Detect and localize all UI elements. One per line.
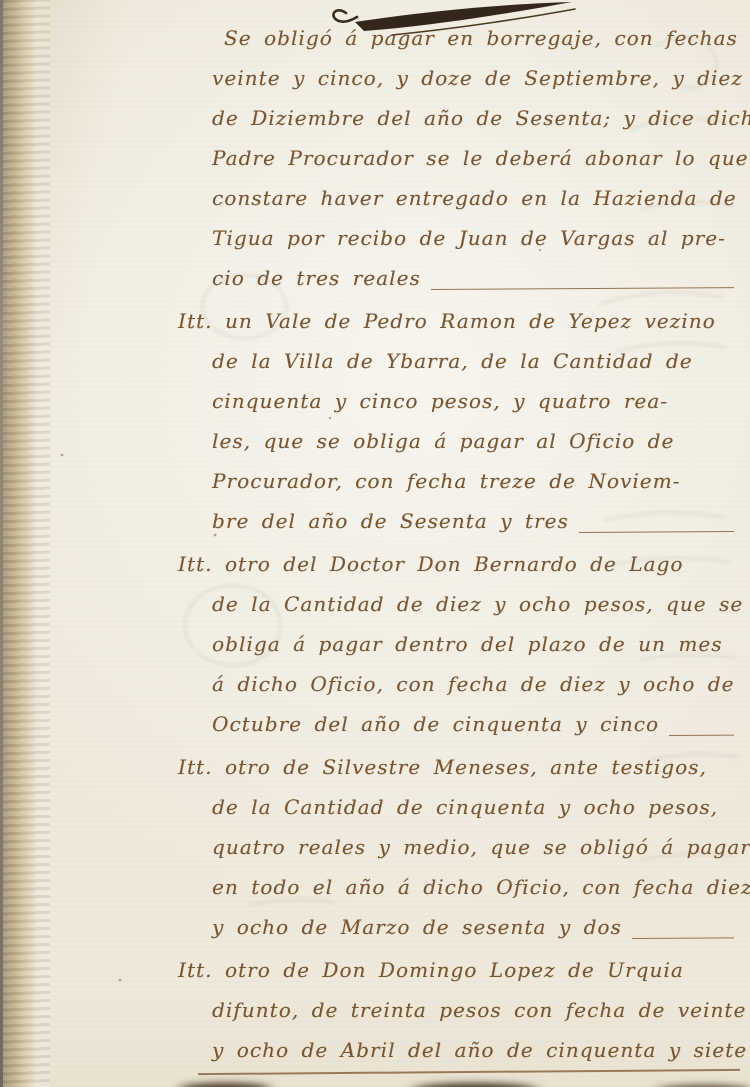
manuscript-line: de Diziembre del año de Sesenta; y dice … <box>212 98 738 138</box>
manuscript-line-text: de la Cantidad de diez y ocho pesos, que… <box>212 584 743 624</box>
manuscript-line: Se obligó á pagar en borregaje, con fech… <box>224 18 738 58</box>
manuscript-line-text: constare haver entregado en la Hazienda … <box>212 178 737 218</box>
manuscript-line-text: y ocho de Marzo de sesenta y dos <box>212 907 622 947</box>
manuscript-line-text: veinte y cinco, y doze de Septiembre, y … <box>212 58 743 98</box>
manuscript-line: Itt. otro de Don Domingo Lopez de Urquia <box>178 950 738 990</box>
manuscript-line: Padre Procurador se le deberá abonar lo … <box>212 138 738 178</box>
manuscript-line: cio de tres reales <box>212 258 738 298</box>
manuscript-paragraph: Itt. otro de Don Domingo Lopez de Urquia… <box>0 950 750 1070</box>
manuscript-line-text: quatro reales y medio, que se obligó á p… <box>212 827 750 867</box>
manuscript-line: Octubre del año de cinquenta y cinco <box>212 704 738 744</box>
manuscript-line: obliga á pagar dentro del plazo de un me… <box>212 624 738 664</box>
manuscript-line: á dicho Oficio, con fecha de diez y ocho… <box>212 664 738 704</box>
manuscript-line: Itt. otro de Silvestre Meneses, ante tes… <box>178 747 738 787</box>
manuscript-line-text: bre del año de Sesenta y tres <box>212 501 569 541</box>
manuscript-line-text: obliga á pagar dentro del plazo de un me… <box>212 624 723 664</box>
manuscript-line-text: Itt. otro de Don Domingo Lopez de Urquia <box>178 950 684 990</box>
manuscript-line-text: Tigua por recibo de Juan de Vargas al pr… <box>212 218 726 258</box>
manuscript-line: y ocho de Marzo de sesenta y dos <box>212 907 738 947</box>
manuscript-line-text: Itt. otro del Doctor Don Bernardo de Lag… <box>178 544 683 584</box>
manuscript-line: Itt. un Vale de Pedro Ramon de Yepez vez… <box>178 301 738 341</box>
manuscript-paragraph: Itt. un Vale de Pedro Ramon de Yepez vez… <box>0 301 750 541</box>
manuscript-line: quatro reales y medio, que se obligó á p… <box>212 827 738 867</box>
manuscript-line: de la Cantidad de diez y ocho pesos, que… <box>212 584 738 624</box>
manuscript-line: constare haver entregado en la Hazienda … <box>212 178 738 218</box>
manuscript-line-text: Padre Procurador se le deberá abonar lo … <box>212 138 749 178</box>
trailing-ink-rule <box>632 906 734 939</box>
manuscript-line: bre del año de Sesenta y tres <box>212 501 738 541</box>
manuscript-paragraph: Itt. otro de Silvestre Meneses, ante tes… <box>0 747 750 947</box>
manuscript-line-text: de la Cantidad de cinquenta y ocho pesos… <box>212 787 718 827</box>
manuscript-line-text: en todo el año á dicho Oficio, con fecha… <box>212 867 750 907</box>
manuscript-line-text: Se obligó á pagar en borregaje, con fech… <box>224 18 738 58</box>
manuscript-line: de la Cantidad de cinquenta y ocho pesos… <box>212 787 738 827</box>
manuscript-line: Procurador, con fecha treze de Noviem- <box>212 461 738 501</box>
manuscript-line-text: Itt. otro de Silvestre Meneses, ante tes… <box>178 747 707 787</box>
manuscript-line-text: y ocho de Abril del año de cinquenta y s… <box>212 1030 747 1070</box>
manuscript-line-text: Procurador, con fecha treze de Noviem- <box>212 461 680 501</box>
manuscript-line-text: de Diziembre del año de Sesenta; y dice … <box>212 98 750 138</box>
manuscript-scan: Se obligó á pagar en borregaje, con fech… <box>0 0 750 1087</box>
manuscript-line-text: Octubre del año de cinquenta y cinco <box>212 704 659 744</box>
manuscript-line: y ocho de Abril del año de cinquenta y s… <box>212 1030 738 1070</box>
trailing-ink-rule <box>431 256 734 290</box>
manuscript-line: de la Villa de Ybarra, de la Cantidad de <box>212 341 738 381</box>
manuscript-line: difunto, de treinta pesos con fecha de v… <box>212 990 738 1030</box>
manuscript-line: veinte y cinco, y doze de Septiembre, y … <box>212 58 738 98</box>
trailing-ink-rule <box>579 500 734 533</box>
manuscript-line: Itt. otro del Doctor Don Bernardo de Lag… <box>178 544 738 584</box>
manuscript-line-text: á dicho Oficio, con fecha de diez y ocho… <box>212 664 734 704</box>
cutoff-next-line-shadow <box>0 1076 750 1087</box>
manuscript-line: cinquenta y cinco pesos, y quatro rea- <box>212 381 738 421</box>
manuscript-line-text: difunto, de treinta pesos con fecha de v… <box>212 990 746 1030</box>
manuscript-line-text: de la Villa de Ybarra, de la Cantidad de <box>212 341 693 381</box>
manuscript-line-text: les, que se obliga á pagar al Oficio de <box>212 421 674 461</box>
manuscript-paragraph: Se obligó á pagar en borregaje, con fech… <box>0 18 750 298</box>
manuscript-line-text: cinquenta y cinco pesos, y quatro rea- <box>212 381 668 421</box>
manuscript-paragraph: Itt. otro del Doctor Don Bernardo de Lag… <box>0 544 750 744</box>
manuscript-line: les, que se obliga á pagar al Oficio de <box>212 421 738 461</box>
manuscript-text-block: Se obligó á pagar en borregaje, con fech… <box>0 18 750 1070</box>
trailing-ink-rule <box>669 704 734 736</box>
manuscript-line-text: cio de tres reales <box>212 258 421 298</box>
manuscript-line: en todo el año á dicho Oficio, con fecha… <box>212 867 738 907</box>
manuscript-line-text: Itt. un Vale de Pedro Ramon de Yepez vez… <box>178 301 716 341</box>
manuscript-line: Tigua por recibo de Juan de Vargas al pr… <box>212 218 738 258</box>
